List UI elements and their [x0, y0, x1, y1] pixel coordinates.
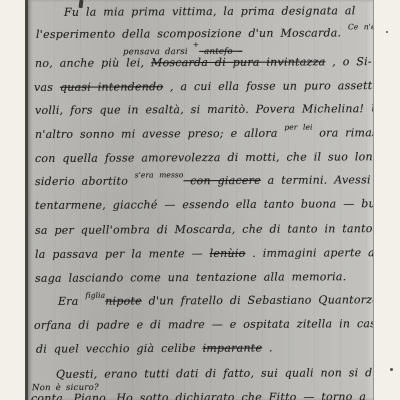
handwritten-text: , a cui ella fosse un puro assetto: [163, 79, 374, 93]
handwritten-text: sa per quell'ombra di Moscarda, che di t…: [35, 222, 373, 237]
handwritten-text: , o Si-: [325, 55, 371, 68]
handwritten-text: conta. Piano. Ho sotto dichiarato che Fi…: [31, 390, 374, 400]
handwritten-text: d'un fratello di Sebastiano Quantorzo, c…: [142, 293, 374, 307]
manuscript-line: conta. Piano. Ho sotto dichiarato che Fi…: [31, 390, 374, 400]
struck-out-text: con giacere: [183, 174, 260, 187]
handwritten-text: siderio abortito: [35, 175, 135, 189]
handwritten-text: vas: [34, 81, 60, 94]
handwritten-text: la passava per la mente —: [35, 247, 210, 261]
handwritten-text: con quella fosse amorevolezza di motti, …: [35, 150, 374, 165]
handwritten-text: saga lasciando come una tentazione alla …: [35, 270, 347, 285]
manuscript-line: sa per quell'ombra di Moscarda, che di t…: [35, 222, 373, 237]
manuscript-line: Questi, erano tutti dati di fatto, sui q…: [56, 366, 374, 381]
handwritten-text: Questi, erano tutti dati di fatto, sui q…: [56, 366, 374, 381]
handwritten-text: a termini. Avessi potuto con-: [261, 173, 374, 187]
interlinear-insertion: s'era messo: [135, 170, 184, 179]
struck-out-text: nipote: [105, 294, 142, 307]
manuscript-line: no, anche più lei, Moscarda di pura invi…: [35, 55, 372, 70]
handwritten-text: no, anche più lei,: [35, 56, 151, 70]
struck-out-text: imparante: [203, 341, 263, 354]
margin-speck: [386, 31, 388, 33]
manuscript-line: siderio abortito s'era messo con giacere…: [35, 173, 374, 188]
handwritten-text: di quel vecchio già celibe: [36, 342, 203, 356]
struck-out-text: Moscarda di pura invintazza: [151, 55, 325, 69]
interlinear-insertion: +: [193, 40, 199, 49]
interlinear-insertion: figlia: [85, 291, 105, 300]
manuscript-line: volli, fors que in esaltà, si maritò. Po…: [35, 102, 374, 117]
manuscript-line: con quella fosse amorevolezza di motti, …: [35, 150, 374, 165]
manuscript-line: la passava per la mente — lenùio . immag…: [35, 246, 374, 261]
handwritten-text: . immagini aperte a lei,: [245, 246, 374, 260]
handwritten-text: l'esperimento della scomposizione d'un M…: [36, 26, 348, 41]
manuscript-line: saga lasciando come una tentazione alla …: [35, 270, 347, 285]
manuscript-line: orfana di padre e di madre — e ospitata …: [34, 317, 374, 332]
manuscript-line: vas quasi intendendo , a cui ella fosse …: [34, 79, 374, 94]
margin-speck: [390, 368, 393, 371]
manuscript-line: l'esperimento della scomposizione d'un M…: [36, 26, 374, 41]
handwritten-text: Era: [58, 295, 85, 308]
handwritten-text: volli, fors que in esaltà, si maritò. Po…: [35, 102, 374, 117]
manuscript-line: Fu la mia prima vittima, la prima design…: [64, 4, 356, 19]
manuscript-line: tentarmene, giacché — essendo ella tanto…: [35, 197, 374, 212]
handwritten-text: ora rimasti parli-: [313, 126, 374, 140]
manuscript-page: Fu la mia prima vittima, la prima design…: [25, 0, 374, 400]
struck-out-text: lenùio: [210, 247, 246, 260]
handwritten-text: orfana di padre e di madre — e ospitata …: [34, 317, 374, 332]
handwritten-text: tentarmene, giacché — essendo ella tanto…: [35, 197, 374, 212]
handwritten-text: n'altro sonno mi avesse preso; e allora: [35, 127, 284, 141]
handwritten-text: Fu la mia prima vittima, la prima design…: [64, 4, 356, 19]
interlinear-insertion: Ce n'era: [348, 22, 374, 31]
handwritten-text: .: [262, 341, 273, 354]
manuscript-line: Era figlianipote d'un fratello di Sebast…: [58, 293, 374, 308]
manuscript-line: n'altro sonno mi avesse preso; e allora …: [35, 126, 374, 141]
struck-out-text: quasi intendendo: [60, 80, 163, 94]
interlinear-insertion: per lei: [284, 123, 312, 132]
manuscript-line: di quel vecchio già celibe imparante .: [36, 341, 273, 355]
